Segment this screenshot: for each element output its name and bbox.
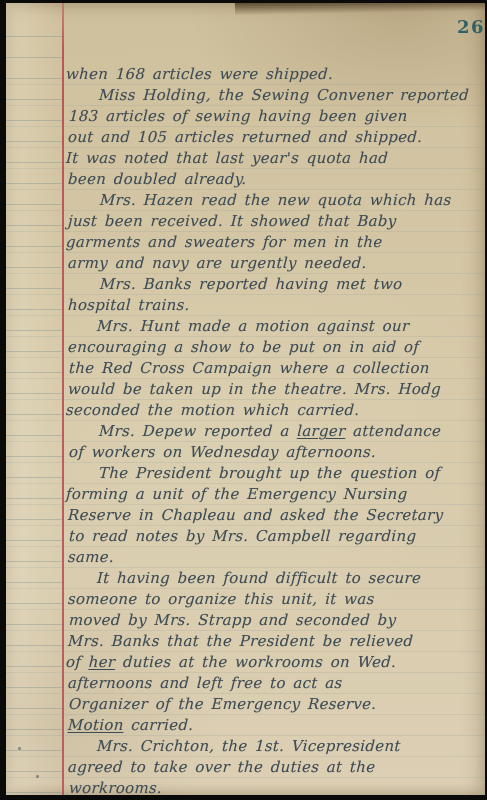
handwritten-line: Mrs. Depew reported a larger attendance: [67, 421, 485, 442]
book-top-edge-shadow: [235, 3, 485, 15]
handwritten-line: of workers on Wednesday afternoons.: [68, 442, 485, 463]
handwritten-line: Mrs. Banks reported having met two: [68, 274, 485, 295]
handwritten-line: 183 articles of sewing having been given: [68, 106, 485, 127]
handwritten-line: Organizer of the Emergency Reserve.: [68, 694, 485, 715]
handwritten-line: out and 105 articles returned and shippe…: [67, 127, 485, 148]
handwritten-line: the Red Cross Campaign where a collectio…: [68, 358, 485, 379]
handwritten-line: garments and sweaters for men in the: [65, 232, 485, 253]
minute-book-page: 261 when 168 articles were shipped.Miss …: [6, 3, 485, 795]
handwritten-line: The President brought up the question of: [67, 463, 485, 484]
handwritten-line: someone to organize this unit, it was: [67, 589, 485, 610]
handwritten-line: moved by Mrs. Strapp and seconded by: [68, 610, 485, 631]
red-margin-line: [62, 3, 64, 795]
handwritten-line: of her duties at the workrooms on Wed.: [65, 652, 485, 673]
handwritten-line: forming a unit of the Emergency Nursing: [65, 484, 485, 505]
handwritten-line: It having been found difficult to secure: [65, 568, 485, 589]
handwritten-line: been doubled already.: [67, 169, 485, 190]
handwritten-line: would be taken up in the theatre. Mrs. H…: [67, 379, 485, 400]
handwritten-line: hospital trains.: [67, 295, 485, 316]
handwritten-text: when 168 articles were shipped.Miss Hold…: [68, 64, 485, 795]
handwritten-line: Mrs. Hazen read the new quota which has: [68, 190, 485, 211]
handwritten-line: afternoons and left free to act as: [67, 673, 485, 694]
handwritten-line: Miss Holding, the Sewing Convener report…: [67, 85, 485, 106]
handwritten-line: army and navy are urgently needed.: [67, 253, 485, 274]
handwritten-line: when 168 articles were shipped.: [65, 64, 485, 85]
handwritten-line: agreed to take over the duties at the: [67, 757, 485, 778]
handwritten-line: It was noted that last year's quota had: [65, 148, 485, 169]
handwritten-line: Mrs. Banks that the President be relieve…: [67, 631, 485, 652]
handwritten-line: workrooms.: [68, 778, 485, 795]
handwritten-line: just been received. It showed that Baby: [67, 211, 485, 232]
handwritten-line: same.: [67, 547, 485, 568]
handwritten-line: to read notes by Mrs. Campbell regarding: [68, 526, 485, 547]
binding-margin-strip: [6, 3, 62, 795]
handwritten-line: Reserve in Chapleau and asked the Secret…: [67, 505, 485, 526]
handwritten-line: encouraging a show to be put on in aid o…: [67, 337, 485, 358]
page-number: 261: [457, 17, 485, 38]
handwritten-line: Mrs. Crichton, the 1st. Vicepresident: [65, 736, 485, 757]
handwritten-line: Motion carried.: [67, 715, 485, 736]
scanned-document: 261 when 168 articles were shipped.Miss …: [0, 0, 487, 800]
handwritten-line: seconded the motion which carried.: [65, 400, 485, 421]
handwritten-line: Mrs. Hunt made a motion against our: [65, 316, 485, 337]
